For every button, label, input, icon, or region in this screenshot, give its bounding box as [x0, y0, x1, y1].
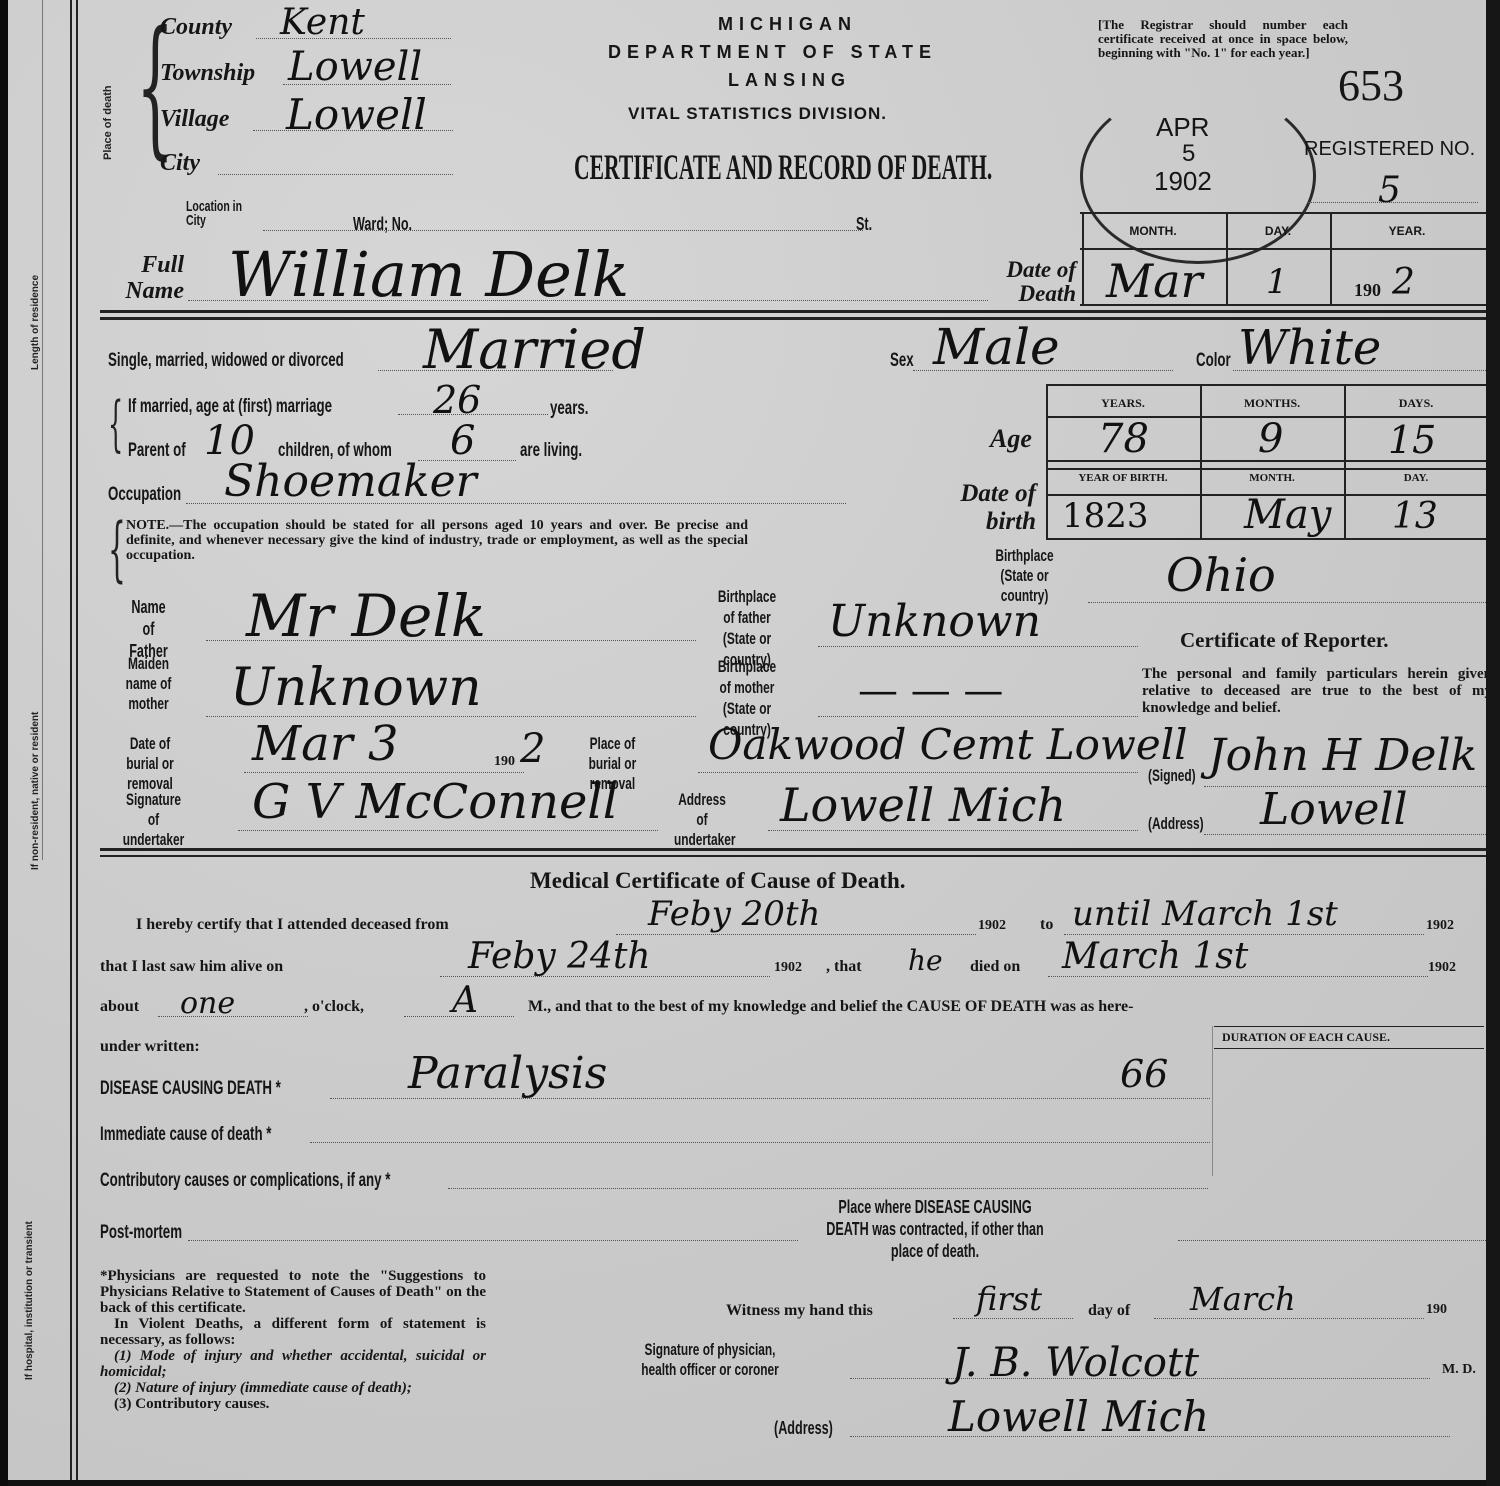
section-rule [100, 855, 1492, 857]
date-of-birth-label: Date of birth [934, 480, 1036, 536]
year-2: 1902 [1426, 918, 1454, 934]
ward-label: Ward; No. [353, 214, 412, 235]
left-margin-rule [70, 0, 72, 1486]
side-label-native: If non-resident, native or resident [30, 740, 41, 870]
birthplace-line [1088, 602, 1488, 603]
burial-date-value: Mar 3 [252, 716, 399, 772]
bottom-edge [8, 1480, 1486, 1486]
footnote-item-3: (3) Contributory causes. [100, 1396, 486, 1412]
father-name-label: Name of Father [124, 596, 173, 662]
village-label: Village [160, 106, 229, 133]
reporter-signed-value: John H Delk [1208, 730, 1477, 781]
reporter-title: Certificate of Reporter. [1180, 628, 1389, 653]
disease-value: Paralysis [408, 1048, 607, 1099]
full-name-label: Full Name [108, 252, 184, 304]
day-of-label: day of [1088, 1302, 1130, 1320]
last-seen-value: Feby 24th [468, 936, 651, 977]
age-days-header: DAYS. [1346, 396, 1486, 411]
pronoun-value: he [908, 944, 943, 977]
death-year-prefix: 190 [1354, 280, 1381, 301]
witness-month-value: March [1190, 1280, 1296, 1318]
occupation-note: NOTE.—The occupation should be stated fo… [126, 518, 748, 563]
city-line [218, 174, 453, 175]
physician-address-label: (Address) [774, 1418, 833, 1439]
last-seen-label: that I last saw him alive on [100, 958, 283, 976]
death-month-header: MONTH. [1088, 224, 1218, 238]
under-written: under written: [100, 1038, 200, 1056]
ampm-value: A [452, 980, 478, 1021]
postmortem-line [188, 1240, 798, 1241]
color-value: White [1238, 320, 1381, 376]
immediate-cause-label: Immediate cause of death * [100, 1124, 271, 1146]
postmortem-label: Post-mortem [100, 1222, 182, 1244]
attended-from-value: Feby 20th [648, 894, 820, 934]
header-city: LANSING [728, 70, 851, 91]
father-birthplace-value: Unknown [828, 596, 1041, 647]
footnote-item-2: (2) Nature of injury (immediate cause of… [100, 1380, 486, 1396]
county-label: County [160, 14, 232, 41]
side-label-hospital: If hospital, institution or transient [24, 1240, 35, 1380]
registered-no-value: 5 [1378, 170, 1401, 211]
witness-label: Witness my hand this [726, 1302, 873, 1320]
street-label: St. [856, 214, 872, 235]
death-day-value: 1 [1266, 262, 1288, 302]
stamp-month: APR [1156, 112, 1209, 143]
age-label: Age [990, 424, 1032, 454]
footnote-item-1: (1) Mode of injury and whether accidenta… [100, 1348, 486, 1380]
mother-birthplace-line [818, 716, 1138, 717]
burial-date-line [244, 772, 524, 773]
registrar-note: [The Registrar should number each certif… [1098, 18, 1348, 60]
duration-header: DURATION OF EACH CAUSE. [1222, 1030, 1390, 1045]
age-days-value: 15 [1388, 418, 1436, 462]
footnote-physicians: *Physicians are requested to note the "S… [100, 1268, 486, 1316]
physician-address-value: Lowell Mich [948, 1392, 1209, 1441]
disease-note: 66 [1120, 1052, 1168, 1096]
mother-name-label: Maiden name of mother [124, 654, 173, 714]
birthplace-value: Ohio [1166, 548, 1276, 602]
left-margin-rule [76, 0, 78, 1486]
burial-place-value: Oakwood Cemt Lowell [708, 720, 1188, 769]
dob-year-header: YEAR OF BIRTH. [1048, 472, 1198, 484]
disease-label: DISEASE CAUSING DEATH * [100, 1078, 281, 1100]
place-contracted-line [1178, 1240, 1488, 1241]
footnote-block: *Physicians are requested to note the "S… [100, 1268, 486, 1412]
age-months-header: MONTHS. [1202, 396, 1342, 411]
color-label: Color [1196, 350, 1231, 372]
undertaker-label: Signature of undertaker [122, 790, 185, 850]
that-label: , that [826, 958, 862, 976]
sex-value: Male [933, 318, 1060, 376]
year-1: 1902 [978, 918, 1006, 934]
mother-name-value: Unknown [230, 658, 482, 718]
mother-birthplace-value: — — — [858, 668, 1003, 714]
death-month-value: Mar [1106, 254, 1203, 308]
years-label: years. [550, 398, 588, 420]
about-label: about [100, 998, 139, 1016]
marital-value: Married [423, 318, 646, 381]
header-division: VITAL STATISTICS DIVISION. [628, 104, 887, 124]
header-department: DEPARTMENT OF STATE [608, 42, 937, 63]
sex-label: Sex [890, 350, 914, 372]
place-contracted-label: Place where DISEASE CAUSING DEATH was co… [816, 1196, 1054, 1262]
witness-month-line [1154, 1318, 1424, 1319]
to-label: to [1040, 916, 1053, 934]
contributory-line [448, 1188, 1208, 1189]
attended-to-value: until March 1st [1072, 894, 1338, 934]
attended-from-line [616, 934, 976, 935]
physician-signature-value: J. B. Wolcott [952, 1340, 1199, 1386]
dob-day-header: DAY. [1346, 472, 1486, 484]
marital-label: Single, married, widowed or divorced [108, 350, 344, 372]
died-on-label: died on [970, 958, 1020, 976]
undertaker-value: G V McConnell [252, 774, 618, 830]
full-name-value: William Delk [228, 238, 629, 311]
occupation-value: Shoemaker [224, 456, 477, 507]
burial-year-prefix: 190 [494, 754, 515, 770]
died-on-value: March 1st [1062, 936, 1248, 977]
scan-edge-shadow [1486, 0, 1500, 1486]
attended-label: I hereby certify that I attended decease… [136, 916, 449, 934]
certificate-number: 653 [1338, 60, 1404, 111]
village-value: Lowell [286, 90, 427, 139]
living-label: are living. [520, 440, 582, 462]
dob-year-value: 1823 [1062, 496, 1149, 536]
death-table-top [1080, 212, 1492, 214]
burial-date-label: Date of burial or removal [122, 734, 178, 794]
cause-intro: M., and that to the best of my knowledge… [528, 998, 1133, 1016]
age-marriage-value: 26 [433, 378, 481, 422]
age-years-value: 78 [1098, 416, 1149, 462]
stamp-year: 1902 [1154, 166, 1212, 197]
death-year-suffix: 2 [1392, 262, 1415, 303]
dob-month-value: May [1244, 492, 1331, 538]
section-rule [100, 848, 1492, 851]
header-state: MICHIGAN [718, 14, 857, 35]
physician-signature-label: Signature of physician, health officer o… [640, 1340, 780, 1380]
undertaker-line [238, 830, 658, 831]
burial-place-line [698, 772, 1138, 773]
witness-day-value: first [976, 1280, 1042, 1318]
witness-day-line [953, 1318, 1073, 1319]
oclock-label: , o'clock, [304, 998, 364, 1016]
footnote-violent: In Violent Deaths, a different form of s… [100, 1316, 486, 1348]
md-label: M. D. [1442, 1362, 1476, 1378]
witness-year-prefix: 190 [1426, 1302, 1447, 1318]
occupation-label: Occupation [108, 484, 181, 506]
age-table-bottom [1046, 538, 1492, 540]
reporter-address-label: (Address) [1148, 814, 1204, 834]
duration-col [1212, 1026, 1213, 1176]
registered-line [1308, 202, 1478, 203]
side-label-residence: Length of residence [30, 260, 41, 370]
father-name-value: Mr Delk [246, 582, 486, 650]
death-table-mid [1080, 248, 1492, 250]
duration-rule [1214, 1048, 1484, 1049]
page-title: CERTIFICATE AND RECORD OF DEATH. [574, 146, 992, 188]
medical-title: Medical Certificate of Cause of Death. [530, 868, 906, 894]
dob-day-value: 13 [1392, 496, 1438, 537]
side-label-place-of-death: Place of death [102, 50, 114, 160]
age-table-top [1046, 384, 1492, 386]
left-margin-rule-thin [42, 0, 43, 860]
township-label: Township [160, 60, 255, 87]
age-marriage-label: If married, age at (first) marriage [128, 396, 332, 418]
undertaker-address-label: Address of undertaker [674, 790, 730, 850]
death-certificate-page: Place of death Length of residence If no… [8, 0, 1486, 1486]
reporter-signed-label: (Signed) [1148, 766, 1196, 786]
duration-rule [1214, 1026, 1484, 1027]
marriage-brace: { [108, 394, 123, 454]
age-years-header: YEARS. [1048, 396, 1198, 411]
date-of-death-label: Date of Death [986, 258, 1076, 306]
contributory-label: Contributory causes or complications, if… [100, 1170, 390, 1192]
reporter-address-value: Lowell [1260, 784, 1408, 835]
hour-value: one [180, 986, 235, 1021]
death-table-col [1082, 212, 1084, 304]
dob-month-header: MONTH. [1202, 472, 1342, 484]
double-rule [100, 310, 1492, 313]
attended-to-line [1064, 934, 1424, 935]
burial-year-suffix: 2 [520, 726, 545, 772]
undertaker-address-value: Lowell Mich [780, 778, 1066, 832]
death-year-header: YEAR. [1332, 224, 1482, 238]
township-value: Lowell [288, 44, 422, 90]
registered-no-label: REGISTERED NO. [1304, 138, 1475, 161]
city-label: City [160, 150, 200, 177]
death-day-header: DAY. [1228, 224, 1328, 238]
ward-line [263, 230, 863, 231]
age-table-row [1046, 468, 1492, 470]
parent-of-label: Parent of [128, 440, 186, 462]
immediate-cause-line [310, 1142, 1210, 1143]
stamp-day: 5 [1182, 140, 1195, 168]
year-4: 1902 [1428, 960, 1456, 976]
age-months-value: 9 [1258, 416, 1283, 462]
county-value: Kent [280, 2, 365, 43]
note-brace: { [108, 514, 126, 584]
location-label: Location in City [186, 200, 249, 228]
year-3: 1902 [774, 960, 802, 976]
reporter-text: The personal and family particulars here… [1142, 666, 1492, 717]
